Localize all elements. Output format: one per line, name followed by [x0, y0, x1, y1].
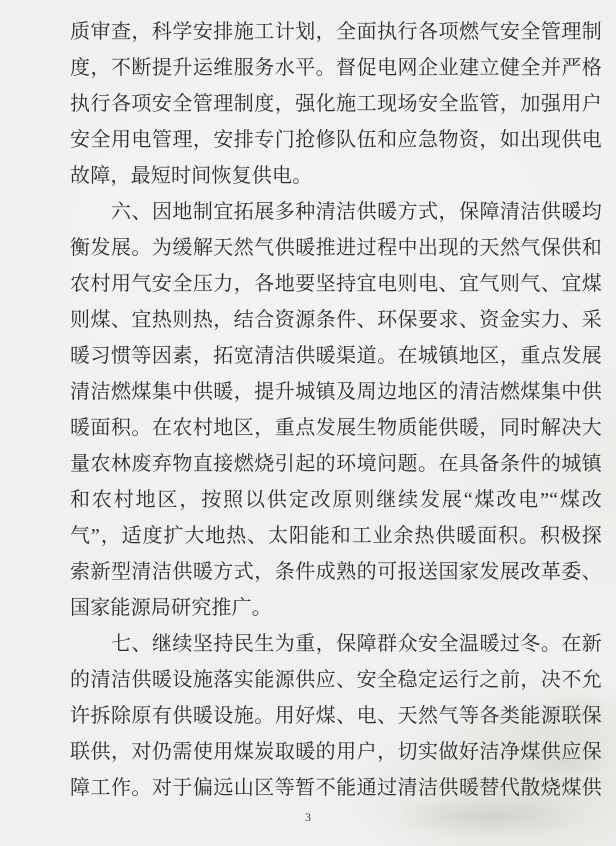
page-number: 3 — [0, 810, 616, 825]
text-line: 暖面积。在农村地区，重点发展生物质能供暖，同时解决大 — [70, 410, 602, 446]
text-line: 联供，对仍需使用煤炭取暖的用户，切实做好洁净煤供应保 — [70, 734, 602, 770]
text-line: 国家能源局研究推广。 — [70, 590, 602, 626]
text-line: 量农林废弃物直接燃烧引起的环境问题。在具备条件的城镇 — [70, 446, 602, 482]
document-page: 质审查，科学安排施工计划，全面执行各项燃气安全管理制 度，不断提升运维服务水平。… — [0, 0, 616, 846]
text-line: 的清洁供暖设施落实能源供应、安全稳定运行之前，决不允 — [70, 662, 602, 698]
text-line: 度，不断提升运维服务水平。督促电网企业建立健全并严格 — [70, 50, 602, 86]
text-line: 和农村地区，按照以供定改原则继续发展“煤改电”“煤改 — [70, 482, 602, 518]
text-line: 清洁燃煤集中供暖，提升城镇及周边地区的清洁燃煤集中供 — [70, 374, 602, 410]
document-body-text: 质审查，科学安排施工计划，全面执行各项燃气安全管理制 度，不断提升运维服务水平。… — [70, 14, 602, 806]
text-line: 农村用气安全压力，各地要坚持宜电则电、宜气则气、宜煤 — [70, 266, 602, 302]
text-line: 执行各项安全管理制度，强化施工现场安全监管，加强用户 — [70, 86, 602, 122]
text-line: 索新型清洁供暖方式，条件成熟的可报送国家发展改革委、 — [70, 554, 602, 590]
text-line: 许拆除原有供暖设施。用好煤、电、天然气等各类能源联保 — [70, 698, 602, 734]
paragraph-continuation: 质审查，科学安排施工计划，全面执行各项燃气安全管理制 度，不断提升运维服务水平。… — [70, 14, 602, 194]
text-line: 七、继续坚持民生为重，保障群众安全温暖过冬。在新 — [70, 626, 602, 662]
text-line: 气”，适度扩大地热、太阳能和工业余热供暖面积。积极探 — [70, 518, 602, 554]
paragraph-section-7: 七、继续坚持民生为重，保障群众安全温暖过冬。在新 的清洁供暖设施落实能源供应、安… — [70, 626, 602, 806]
text-line: 则煤、宜热则热，结合资源条件、环保要求、资金实力、采 — [70, 302, 602, 338]
text-line: 暖习惯等因素，拓宽清洁供暖渠道。在城镇地区，重点发展 — [70, 338, 602, 374]
text-line: 衡发展。为缓解天然气供暖推进过程中出现的天然气保供和 — [70, 230, 602, 266]
text-line: 障工作。对于偏远山区等暂不能通过清洁供暖替代散烧煤供 — [70, 770, 602, 806]
text-line: 故障，最短时间恢复供电。 — [70, 158, 602, 194]
paragraph-section-6: 六、因地制宜拓展多种清洁供暖方式，保障清洁供暖均 衡发展。为缓解天然气供暖推进过… — [70, 194, 602, 626]
text-line: 六、因地制宜拓展多种清洁供暖方式，保障清洁供暖均 — [70, 194, 602, 230]
text-line: 质审查，科学安排施工计划，全面执行各项燃气安全管理制 — [70, 14, 602, 50]
text-line: 安全用电管理，安排专门抢修队伍和应急物资，如出现供电 — [70, 122, 602, 158]
